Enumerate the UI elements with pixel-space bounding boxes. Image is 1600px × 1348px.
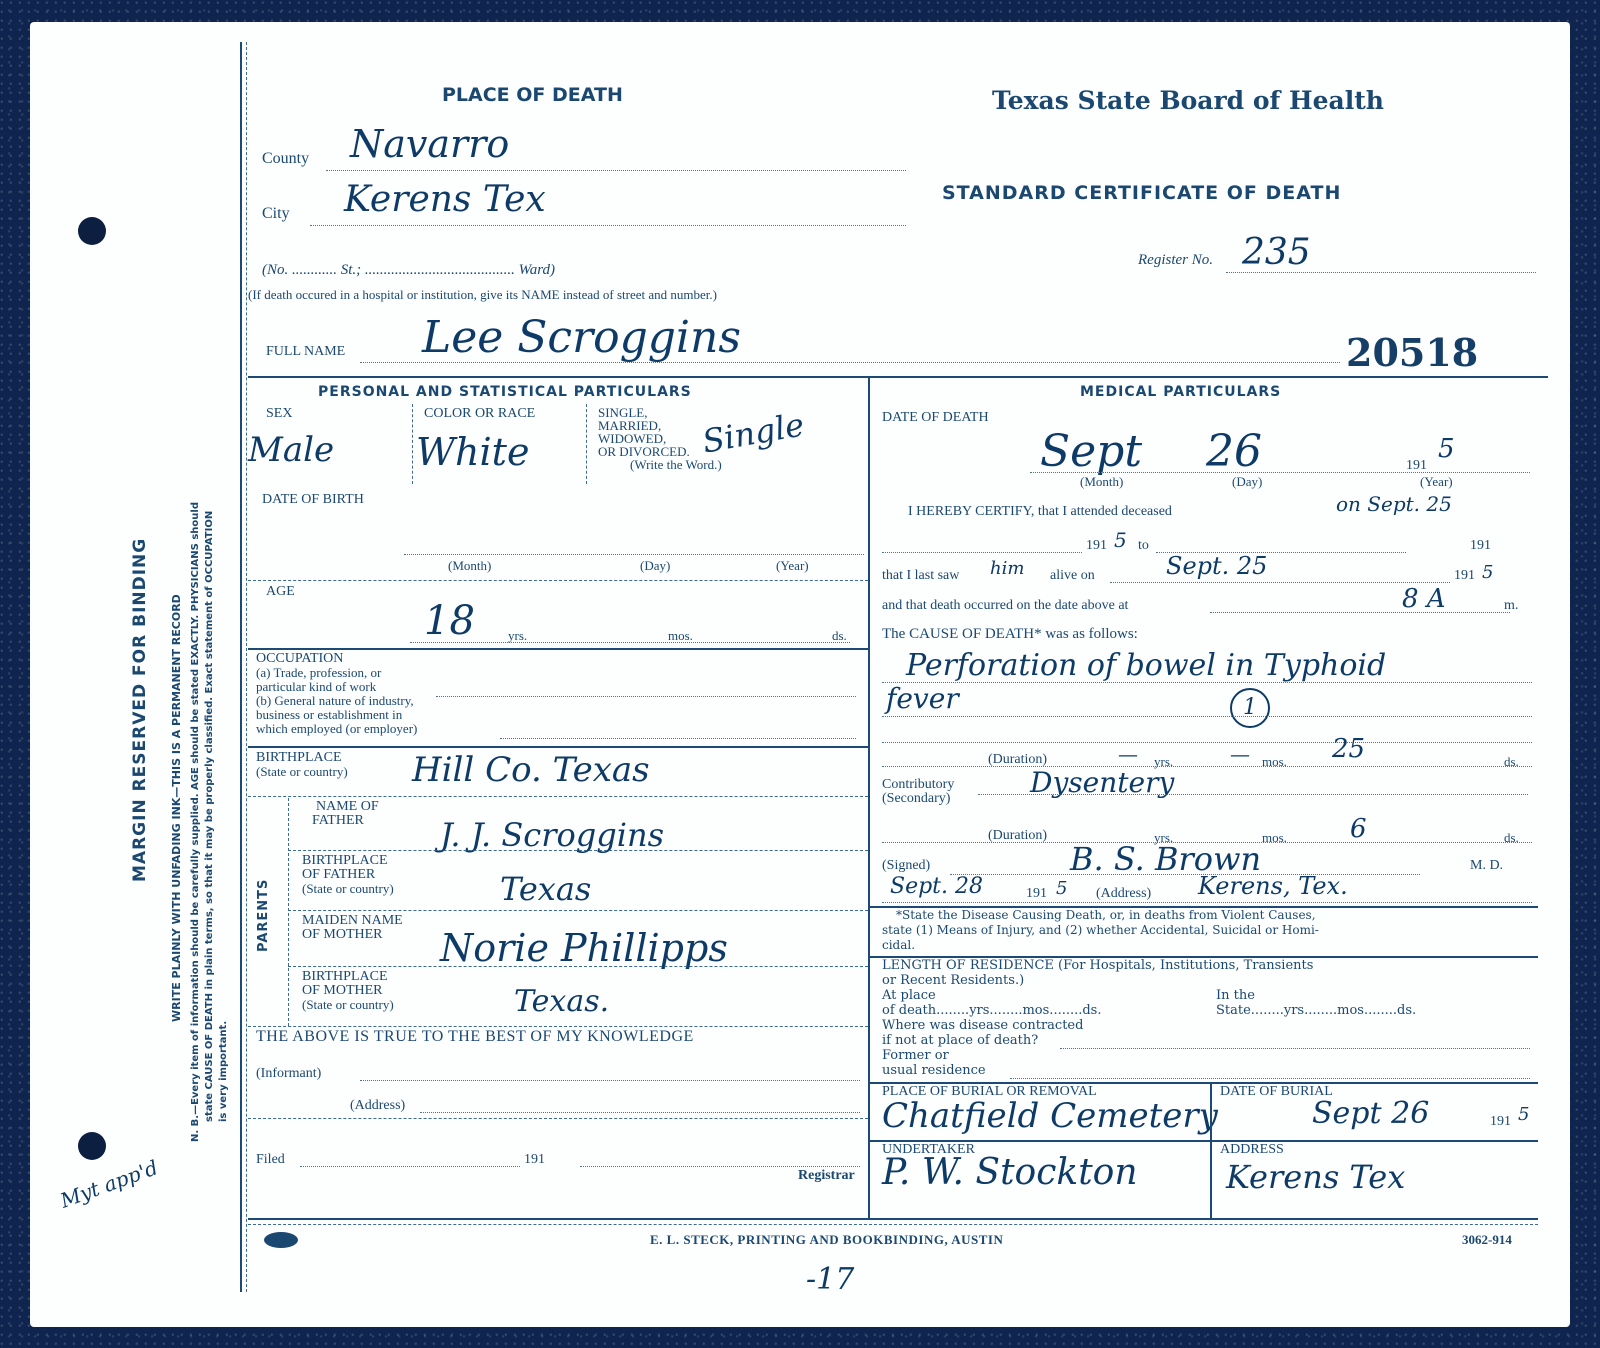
- rule: [248, 1118, 868, 1119]
- hospital-note: (If death occured in a hospital or insti…: [248, 287, 717, 303]
- father-name-label: NAME OF FATHER: [302, 800, 379, 828]
- margin-note-line2: state CAUSE OF DEATH in plain terms, so …: [204, 511, 215, 1122]
- label-line: BIRTHPLACE: [302, 854, 394, 868]
- occupation-a-dots: [436, 696, 856, 697]
- age-mos: mos.: [668, 628, 693, 644]
- footnote-line: cidal.: [882, 938, 1319, 953]
- sex-value: Male: [248, 430, 334, 470]
- signed-year: 191: [1026, 886, 1047, 902]
- dod-label: DATE OF DEATH: [882, 410, 989, 426]
- marital-label-line: (Write the Word.): [598, 458, 722, 471]
- race-label: COLOR OR RACE: [424, 406, 535, 422]
- last-saw-date: Sept. 25: [1166, 552, 1267, 580]
- last-saw-dots: [1110, 582, 1450, 583]
- death-time-dots: [1210, 612, 1510, 613]
- divider: [412, 404, 413, 484]
- signed-address-label: (Address): [1096, 886, 1151, 902]
- file-number: 20518: [1346, 330, 1478, 375]
- duration-dots: [882, 766, 1532, 767]
- dod-month-value: Sept: [1040, 426, 1142, 477]
- occupation-b2: business or establishment in: [256, 708, 417, 722]
- full-name-dots: [360, 362, 1340, 363]
- signed-dots: [950, 874, 1420, 875]
- in-state-block: In the State........yrs........mos......…: [1216, 988, 1416, 1018]
- city-dots: [310, 225, 906, 226]
- label-line: (State or country): [302, 882, 394, 896]
- contrib-duration-ds-value: 6: [1350, 814, 1367, 844]
- form-number: 3062-914: [1462, 1232, 1512, 1248]
- rule: [288, 910, 868, 911]
- contributory-dots: [978, 794, 1528, 795]
- label-line: (Secondary): [882, 792, 954, 806]
- occupation-b-dots: [500, 738, 856, 739]
- place-of-death-heading: PLACE OF DEATH: [442, 84, 623, 106]
- label-line: FATHER: [302, 814, 379, 828]
- burial-divider: [1210, 1082, 1212, 1218]
- last-saw-year: 191: [1454, 568, 1475, 584]
- form-left-border-dashed: [246, 42, 247, 1292]
- last-saw-pronoun: him: [990, 558, 1024, 579]
- contrib-ds: ds.: [1504, 830, 1519, 846]
- label-line: Contributory: [882, 778, 954, 792]
- burial-year-value: 5: [1518, 1104, 1529, 1125]
- to-year: 191: [1470, 538, 1491, 554]
- occupation-b1: (b) General nature of industry,: [256, 694, 417, 708]
- age-dots: [410, 642, 850, 643]
- cause-dots-2: [882, 716, 1532, 717]
- mother-birthplace-value: Texas.: [514, 984, 609, 1019]
- age-label: AGE: [266, 584, 295, 600]
- binding-hole-icon: [78, 1132, 106, 1160]
- label-line: NAME OF: [302, 800, 379, 814]
- dod-month-caption: (Month): [1080, 474, 1123, 490]
- former-dots: [1010, 1078, 1530, 1079]
- rule: [248, 796, 868, 797]
- signed-label: (Signed): [882, 858, 930, 874]
- rule: [288, 966, 868, 967]
- duration-yrs-value: —: [1118, 742, 1138, 766]
- label-line: BIRTHPLACE: [302, 970, 394, 984]
- margin-handwritten-note: Myt app'd: [57, 1155, 161, 1212]
- md-label: M. D.: [1470, 858, 1503, 874]
- certify-value: on Sept. 25: [1336, 492, 1452, 516]
- footnote-line: state (1) Means of Injury, and (2) wheth…: [882, 923, 1319, 938]
- dod-year-caption: (Year): [1420, 474, 1453, 490]
- form-left-border: [240, 42, 242, 1292]
- filed-label: Filed: [256, 1152, 285, 1168]
- divider: [586, 404, 587, 484]
- age-value: 18: [424, 598, 475, 644]
- rule: [248, 1218, 1538, 1220]
- duration-ds-value: 25: [1332, 734, 1365, 764]
- occupation-block: OCCUPATION (a) Trade, profession, or par…: [256, 652, 417, 736]
- address-dots: [420, 1112, 860, 1113]
- cause-line1: Perforation of bowel in Typhoid: [906, 648, 1386, 683]
- margin-note-line1: N. B.—Every item of information should b…: [190, 502, 201, 1142]
- label-line: MAIDEN NAME: [302, 914, 403, 928]
- contracted-label: Where was disease contracted: [882, 1018, 1313, 1033]
- in-state-fields: State........yrs........mos........ds.: [1216, 1003, 1416, 1018]
- label-line: OF FATHER: [302, 868, 394, 882]
- undertaker-value: P. W. Stockton: [882, 1152, 1138, 1193]
- dod-year-value: 5: [1438, 434, 1455, 464]
- duration-ds: ds.: [1504, 754, 1519, 770]
- dob-dots: [404, 554, 864, 555]
- duration-mos-value: —: [1230, 742, 1250, 766]
- label-line: (State or country): [302, 998, 394, 1012]
- residence-label: or Recent Residents.): [882, 973, 1313, 988]
- dod-day-caption: (Day): [1232, 474, 1262, 490]
- registrar-dots: [580, 1166, 860, 1167]
- city-value: Kerens Tex: [344, 179, 546, 220]
- to-label: to: [1138, 538, 1149, 554]
- undertaker-address-label: ADDRESS: [1220, 1142, 1284, 1158]
- occupation-label: OCCUPATION: [256, 652, 417, 666]
- father-birthplace-label: BIRTHPLACE OF FATHER (State or country): [302, 854, 394, 896]
- dob-month: (Month): [448, 558, 491, 574]
- address-label: (Address): [350, 1098, 405, 1114]
- label-line: OF MOTHER: [302, 984, 394, 998]
- in-state-label: In the: [1216, 988, 1416, 1003]
- cause-label: The CAUSE OF DEATH* was as follows:: [882, 626, 1138, 643]
- mother-name-label: MAIDEN NAME OF MOTHER: [302, 914, 403, 942]
- dod-dots: [1030, 472, 1530, 473]
- board-heading: Texas State Board of Health: [992, 86, 1384, 115]
- burial-year: 191: [1490, 1114, 1511, 1130]
- contributory-label: Contributory (Secondary): [882, 778, 954, 806]
- certificate-title: STANDARD CERTIFICATE OF DEATH: [942, 182, 1341, 204]
- last-saw-year-value: 5: [1482, 562, 1493, 583]
- occupation-b3: which employed (or employer): [256, 722, 417, 736]
- rule: [248, 746, 868, 748]
- mother-name-value: Norie Phillipps: [440, 926, 728, 970]
- certify-from-dots: [882, 552, 1082, 553]
- signed-address-value: Kerens, Tex.: [1198, 872, 1348, 900]
- signed-date-value: Sept. 28: [890, 874, 983, 899]
- margin-note-line3: is very important.: [218, 1021, 229, 1122]
- dod-day-value: 26: [1206, 426, 1262, 477]
- mother-birthplace-label: BIRTHPLACE OF MOTHER (State or country): [302, 970, 394, 1012]
- rule: [248, 580, 868, 581]
- birthplace-value: Hill Co. Texas: [412, 750, 650, 790]
- contracted-label: if not at place of death?: [882, 1033, 1313, 1048]
- informant-dots: [360, 1080, 860, 1081]
- death-time-value: 8 A: [1402, 584, 1446, 614]
- county-label: County: [262, 150, 309, 168]
- printer-text: E. L. STECK, PRINTING AND BOOKBINDING, A…: [650, 1232, 1003, 1248]
- rule-top-sections: [248, 376, 1548, 378]
- last-saw-text: that I last saw: [882, 568, 959, 584]
- rule: [248, 648, 868, 650]
- age-ds: ds.: [832, 628, 847, 644]
- dob-day: (Day): [640, 558, 670, 574]
- full-name-label: FULL NAME: [266, 344, 345, 360]
- filed-dots: [300, 1166, 520, 1167]
- true-statement: THE ABOVE IS TRUE TO THE BEST OF MY KNOW…: [256, 1028, 694, 1046]
- street-label: (No. ............ St.; .................…: [262, 262, 555, 279]
- certificate-page: MARGIN RESERVED FOR BINDING WRITE PLAINL…: [30, 22, 1570, 1327]
- certify-text: I HEREBY CERTIFY, that I attended deceas…: [908, 504, 1172, 520]
- binding-hole-icon: [78, 217, 106, 245]
- duration-mos: mos.: [1262, 754, 1287, 770]
- age-yrs: yrs.: [508, 628, 527, 644]
- alive-on-label: alive on: [1050, 568, 1095, 584]
- former-label: usual residence: [882, 1063, 1313, 1078]
- medical-section-title: MEDICAL PARTICULARS: [1080, 384, 1281, 400]
- page-mark: -17: [806, 1262, 854, 1297]
- registrar-label: Registrar: [798, 1168, 855, 1184]
- parents-divider: [288, 798, 289, 1026]
- birthplace-sub: (State or country): [256, 764, 348, 780]
- register-number: 235: [1242, 232, 1311, 273]
- signed-year-value: 5: [1056, 878, 1067, 899]
- contracted-dots: [1060, 1048, 1530, 1049]
- occupation-a1: (a) Trade, profession, or: [256, 666, 417, 680]
- contrib-mos: mos.: [1262, 830, 1287, 846]
- center-divider: [868, 376, 870, 1218]
- rule: [248, 1224, 1538, 1225]
- margin-reserved-text: MARGIN RESERVED FOR BINDING: [130, 538, 150, 882]
- cause-line2: fever: [886, 682, 959, 715]
- personal-section-title: PERSONAL AND STATISTICAL PARTICULARS: [318, 384, 692, 400]
- signed-address-dots: [882, 902, 1532, 903]
- full-name-value: Lee Scroggins: [422, 312, 741, 363]
- write-plainly-text: WRITE PLAINLY WITH UNFADING INK—THIS IS …: [170, 594, 183, 1022]
- cause-dots-3: [882, 742, 1532, 743]
- cause-circle-mark: 1: [1230, 688, 1270, 728]
- death-time-text: and that death occurred on the date abov…: [882, 598, 1128, 614]
- printer-emblem-icon: [264, 1232, 298, 1248]
- county-dots: [326, 170, 906, 171]
- rule: [248, 1026, 868, 1027]
- undertaker-address-value: Kerens Tex: [1226, 1158, 1405, 1196]
- dod-year-prefix: 191: [1406, 458, 1427, 474]
- dob-label: DATE OF BIRTH: [262, 492, 364, 508]
- burial-place-value: Chatfield Cemetery: [882, 1096, 1218, 1136]
- death-time-suffix: m.: [1504, 598, 1518, 614]
- burial-date-value: Sept 26: [1312, 1096, 1429, 1131]
- city-label: City: [262, 205, 290, 223]
- former-label: Former or: [882, 1048, 1313, 1063]
- residence-block: LENGTH OF RESIDENCE (For Hospitals, Inst…: [882, 958, 1313, 1078]
- county-value: Navarro: [350, 122, 509, 166]
- register-label: Register No.: [1138, 252, 1213, 269]
- parents-label: PARENTS: [256, 879, 271, 952]
- dob-year: (Year): [776, 558, 809, 574]
- occupation-a2: particular kind of work: [256, 680, 417, 694]
- cause-dots-1: [882, 682, 1532, 683]
- informant-label: (Informant): [256, 1066, 321, 1082]
- race-value: White: [416, 430, 529, 474]
- from-year: 191: [1086, 538, 1107, 554]
- father-name-value: J. J. Scroggins: [440, 816, 664, 854]
- filed-year: 191: [524, 1152, 545, 1168]
- from-year-value: 5: [1114, 528, 1127, 552]
- sex-label: SEX: [266, 406, 292, 422]
- footnote: *State the Disease Causing Death, or, in…: [882, 908, 1319, 953]
- footnote-line: *State the Disease Causing Death, or, in…: [882, 908, 1319, 923]
- father-birthplace-value: Texas: [500, 870, 591, 908]
- label-line: OF MOTHER: [302, 928, 403, 942]
- rule: [288, 850, 868, 851]
- residence-label: LENGTH OF RESIDENCE (For Hospitals, Inst…: [882, 958, 1313, 973]
- register-dots: [1226, 272, 1536, 273]
